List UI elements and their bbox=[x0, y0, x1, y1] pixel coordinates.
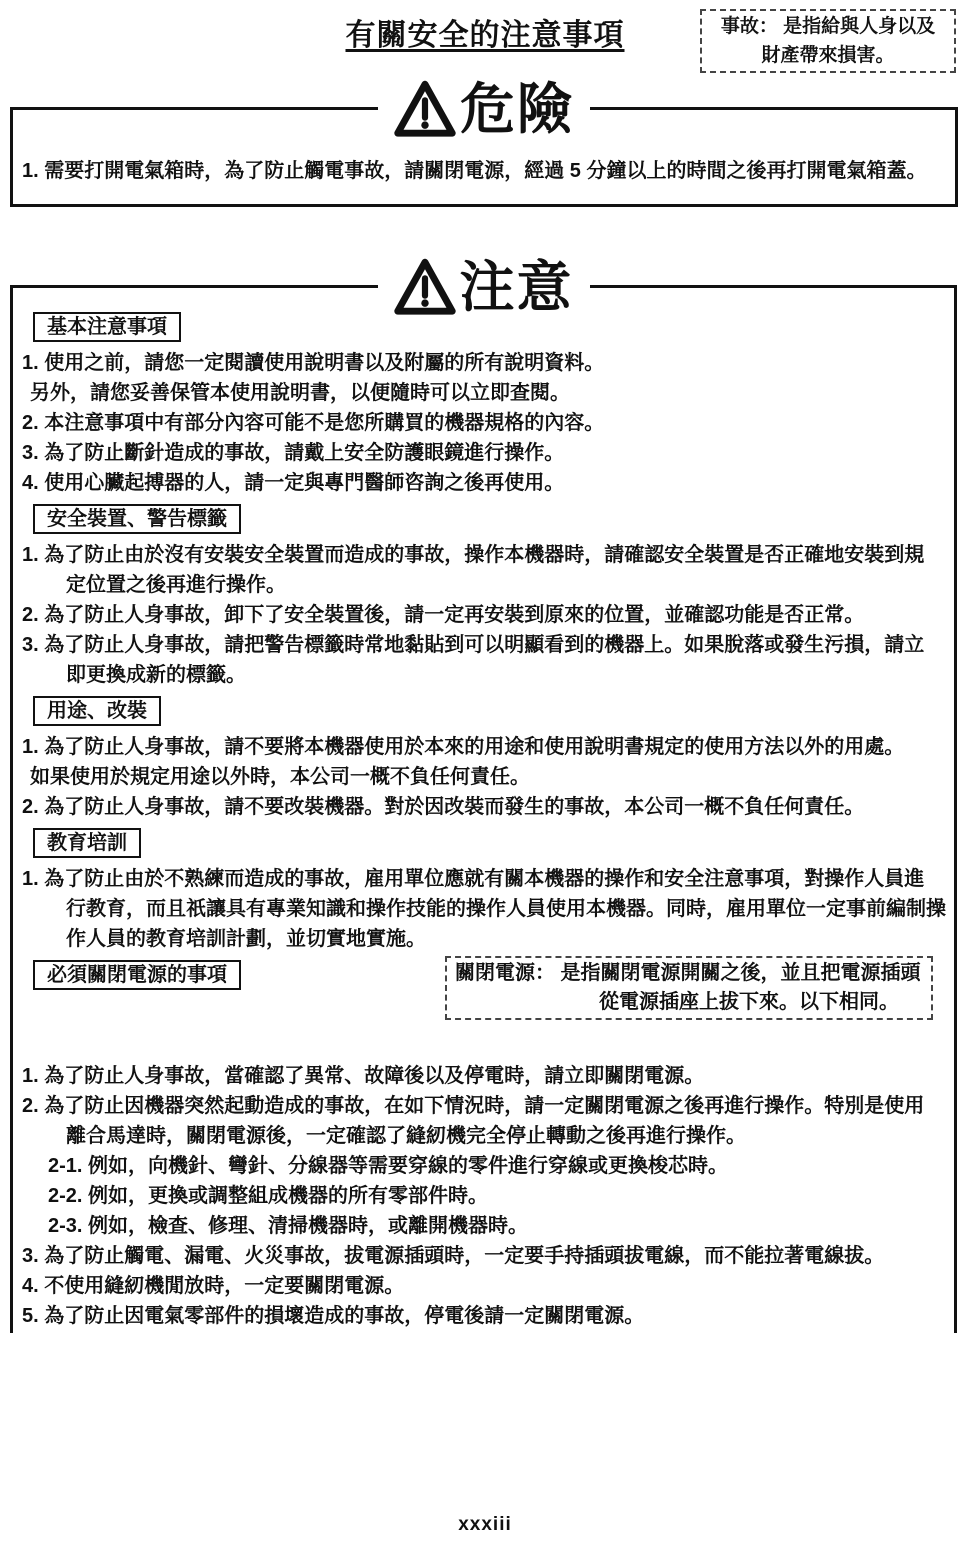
poweroff-item-4: 4. 不使用縫紉機閒放時，一定要關閉電源。 bbox=[22, 1271, 944, 1301]
basic-item-1-cont: 另外，請您妥善保管本使用說明書，以便隨時可以立即查閱。 bbox=[22, 378, 944, 408]
poweroff-item-3: 3. 為了防止觸電、漏電、火災事故，拔電源插頭時，一定要手持插頭拔電線，而不能拉… bbox=[22, 1241, 944, 1271]
poweroff-note-line1: 關閉電源： 是指關閉電源開關之後，並且把電源插頭 bbox=[455, 959, 923, 988]
danger-heading-label: 危險 bbox=[460, 82, 574, 137]
basic-item-3: 3. 為了防止斷針造成的事故，請戴上安全防護眼鏡進行操作。 bbox=[22, 438, 944, 468]
danger-item-1: 1. 需要打開電氣箱時，為了防止觸電事故，請關閉電源，經過 5 分鐘以上的時間之… bbox=[22, 156, 945, 186]
section-label-usage: 用途、改裝 bbox=[33, 696, 161, 726]
danger-heading: 危險 bbox=[378, 73, 590, 145]
poweroff-note-line2: 從電源插座上拔下來。以下相同。 bbox=[455, 988, 923, 1017]
education-item-1-cont2: 作人員的教育培訓計劃，並切實地實施。 bbox=[22, 924, 944, 954]
usage-item-2: 2. 為了防止人身事故，請不要改裝機器。對於因改裝而發生的事故，本公司一概不負任… bbox=[22, 792, 944, 822]
warning-triangle-icon bbox=[394, 80, 456, 138]
education-item-1: 1. 為了防止由於不熟練而造成的事故，雇用單位應就有關本機器的操作和安全注意事項… bbox=[22, 864, 944, 894]
accident-note-line2: 財產帶來損害。 bbox=[708, 41, 948, 70]
section-label-safety-device: 安全裝置、警告標籤 bbox=[33, 504, 241, 534]
safety-item-3: 3. 為了防止人身事故，請把警告標籤時常地黏貼到可以明顯看到的機器上。如果脫落或… bbox=[22, 630, 944, 660]
safety-item-2: 2. 為了防止人身事故，卸下了安全裝置後，請一定再安裝到原來的位置，並確認功能是… bbox=[22, 600, 944, 630]
usage-item-1-cont: 如果使用於規定用途以外時，本公司一概不負任何責任。 bbox=[22, 762, 944, 792]
poweroff-definition-note: 關閉電源： 是指關閉電源開關之後，並且把電源插頭 從電源插座上拔下來。以下相同。 bbox=[445, 956, 933, 1020]
safety-item-1-cont: 定位置之後再進行操作。 bbox=[22, 570, 944, 600]
safety-item-3-cont: 即更換成新的標籤。 bbox=[22, 660, 944, 690]
education-item-1-cont1: 行教育，而且祇讓具有專業知識和操作技能的操作人員使用本機器。同時，雇用單位一定事… bbox=[22, 894, 944, 924]
danger-section: 危險 1. 需要打開電氣箱時，為了防止觸電事故，請關閉電源，經過 5 分鐘以上的… bbox=[10, 107, 958, 207]
page-number: xxxiii bbox=[0, 1514, 970, 1536]
poweroff-item-1: 1. 為了防止人身事故，當確認了異常、故障後以及停電時，請立即關閉電源。 bbox=[22, 1061, 944, 1091]
caution-heading-label: 注意 bbox=[459, 260, 573, 315]
section-label-education: 教育培訓 bbox=[33, 828, 141, 858]
warning-triangle-icon bbox=[393, 258, 455, 316]
poweroff-item-2-1: 2-1. 例如，向機針、彎針、分線器等需要穿線的零件進行穿線或更換梭芯時。 bbox=[22, 1151, 944, 1181]
section-label-basic: 基本注意事項 bbox=[33, 312, 181, 342]
poweroff-item-2: 2. 為了防止因機器突然起動造成的事故，在如下情況時，請一定關閉電源之後再進行操… bbox=[22, 1091, 944, 1121]
basic-item-1: 1. 使用之前，請您一定閱讀使用說明書以及附屬的所有說明資料。 bbox=[22, 348, 944, 378]
section-label-poweroff: 必須關閉電源的事項 bbox=[33, 960, 241, 990]
poweroff-item-2-cont: 離合馬達時，關閉電源後，一定確認了縫紉機完全停止轉動之後再進行操作。 bbox=[22, 1121, 944, 1151]
accident-note-line1: 事故： 是指給與人身以及 bbox=[708, 12, 948, 41]
basic-item-4: 4. 使用心臟起搏器的人，請一定與專門醫師咨詢之後再使用。 bbox=[22, 468, 944, 498]
poweroff-header-row: 必須關閉電源的事項 關閉電源： 是指關閉電源開關之後，並且把電源插頭 從電源插座… bbox=[22, 956, 944, 1020]
safety-item-1: 1. 為了防止由於沒有安裝安全裝置而造成的事故，操作本機器時，請確認安全裝置是否… bbox=[22, 540, 944, 570]
poweroff-item-2-2: 2-2. 例如，更換或調整組成機器的所有零部件時。 bbox=[22, 1181, 944, 1211]
usage-item-1: 1. 為了防止人身事故，請不要將本機器使用於本來的用途和使用說明書規定的使用方法… bbox=[22, 732, 944, 762]
poweroff-items: 1. 為了防止人身事故，當確認了異常、故障後以及停電時，請立即關閉電源。 2. … bbox=[22, 1061, 944, 1331]
accident-definition-note: 事故： 是指給與人身以及 財產帶來損害。 bbox=[700, 9, 956, 73]
caution-heading: 注意 bbox=[377, 251, 589, 323]
manual-safety-page: 有關安全的注意事項 事故： 是指給與人身以及 財產帶來損害。 危險 1. 需要打… bbox=[0, 0, 970, 1548]
poweroff-item-2-3: 2-3. 例如，檢查、修理、清掃機器時，或離開機器時。 bbox=[22, 1211, 944, 1241]
poweroff-item-5: 5. 為了防止因電氣零部件的損壞造成的事故，停電後請一定關閉電源。 bbox=[22, 1301, 944, 1331]
basic-item-2: 2. 本注意事項中有部分內容可能不是您所購買的機器規格的內容。 bbox=[22, 408, 944, 438]
caution-section: 注意 基本注意事項 1. 使用之前，請您一定閱讀使用說明書以及附屬的所有說明資料… bbox=[10, 285, 957, 1333]
